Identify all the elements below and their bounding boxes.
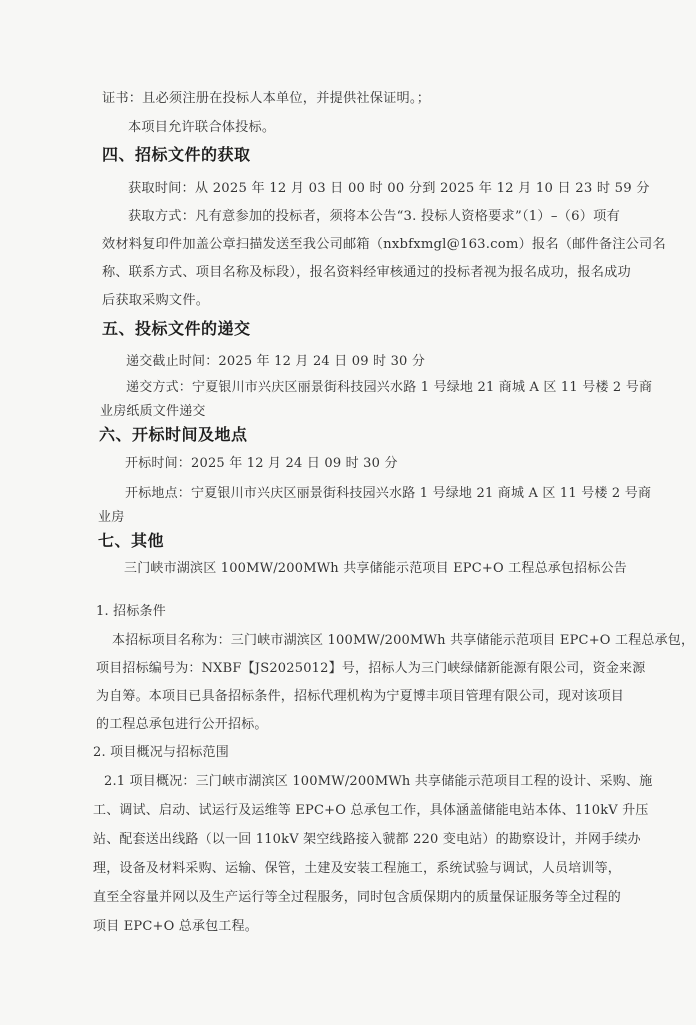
part2-para-line5: 直至全容量并网以及生产运行等全过程服务，同时包含质保期内的质量保证服务等全过程的	[93, 886, 620, 905]
opening-place-line2: 业房	[98, 506, 124, 525]
part1-heading: 1. 招标条件	[96, 600, 166, 619]
acquire-method-line2: 效材料复印件加盖公章扫描发送至我公司邮箱（nxbfxmgl@163.com）报名…	[102, 233, 620, 252]
consortium-line: 本项目允许联合体投标。	[128, 116, 275, 135]
part1-para-line1: 本招标项目名称为：三门峡市湖滨区 100MW/200MWh 共享储能示范项目 E…	[112, 629, 620, 648]
opening-place-line1: 开标地点：宁夏银川市兴庆区丽景街科技园兴水路 1 号绿地 21 商城 A 区 1…	[125, 482, 620, 501]
section6-heading: 六、开标时间及地点	[99, 422, 248, 445]
submission-method-line1: 递交方式：宁夏银川市兴庆区丽景街科技园兴水路 1 号绿地 21 商城 A 区 1…	[126, 376, 620, 395]
announcement-title: 三门峡市湖滨区 100MW/200MWh 共享储能示范项目 EPC+O 工程总承…	[124, 557, 627, 576]
opening-time: 开标时间：2025 年 12 月 24 日 09 时 30 分	[125, 452, 398, 471]
part1-para-line3: 为自筹。本项目已具备招标条件，招标代理机构为宁夏博丰项目管理有限公司，现对该项目	[96, 685, 620, 704]
acquire-method-line3: 称、联系方式、项目名称及标段），报名资料经审核通过的投标者视为报名成功，报名成功	[102, 261, 620, 280]
section7-heading: 七、其他	[98, 528, 164, 551]
document-page: 证书：且必须注册在投标人本单位，并提供社保证明。； 本项目允许联合体投标。 四、…	[0, 0, 696, 1025]
part2-para-line6: 项目 EPC+O 总承包工程。	[93, 915, 258, 934]
section4-heading: 四、招标文件的获取	[102, 142, 251, 165]
acquire-method-line4: 后获取采购文件。	[102, 289, 209, 308]
acquire-time: 获取时间：从 2025 年 12 月 03 日 00 时 00 分到 2025 …	[128, 177, 650, 196]
submission-method-line2: 业房纸质文件递交	[100, 400, 206, 419]
section5-heading: 五、投标文件的递交	[102, 316, 251, 339]
part1-para-line4: 的工程总承包进行公开招标。	[96, 713, 268, 732]
submission-deadline: 递交截止时间：2025 年 12 月 24 日 09 时 30 分	[126, 350, 425, 369]
part1-para-line2: 项目招标编号为：NXBF【JS2025012】号，招标人为三门峡绿储新能源有限公…	[96, 657, 620, 676]
part2-para-line2: 工、调试、启动、试运行及运维等 EPC+O 总承包工作，具体涵盖储能电站本体、1…	[93, 799, 620, 818]
part2-para-line4: 理，设备及材料采购、运输、保管，土建及安装工程施工，系统试验与调试，人员培训等，	[93, 857, 620, 876]
acquire-method-line1: 获取方式：凡有意参加的投标者，须将本公告“3. 投标人资格要求”（1）–（6）项…	[128, 205, 620, 224]
part2-para-line1: 2.1 项目概况：三门峡市湖滨区 100MW/200MWh 共享储能示范项目工程…	[104, 770, 620, 789]
part2-heading: 2. 项目概况与招标范围	[93, 741, 229, 760]
part2-para-line3: 站、配套送出线路（以一回 110kV 架空线路接入虢都 220 变电站）的勘察设…	[93, 828, 620, 847]
cert-requirement-line: 证书：且必须注册在投标人本单位，并提供社保证明。；	[102, 87, 430, 106]
